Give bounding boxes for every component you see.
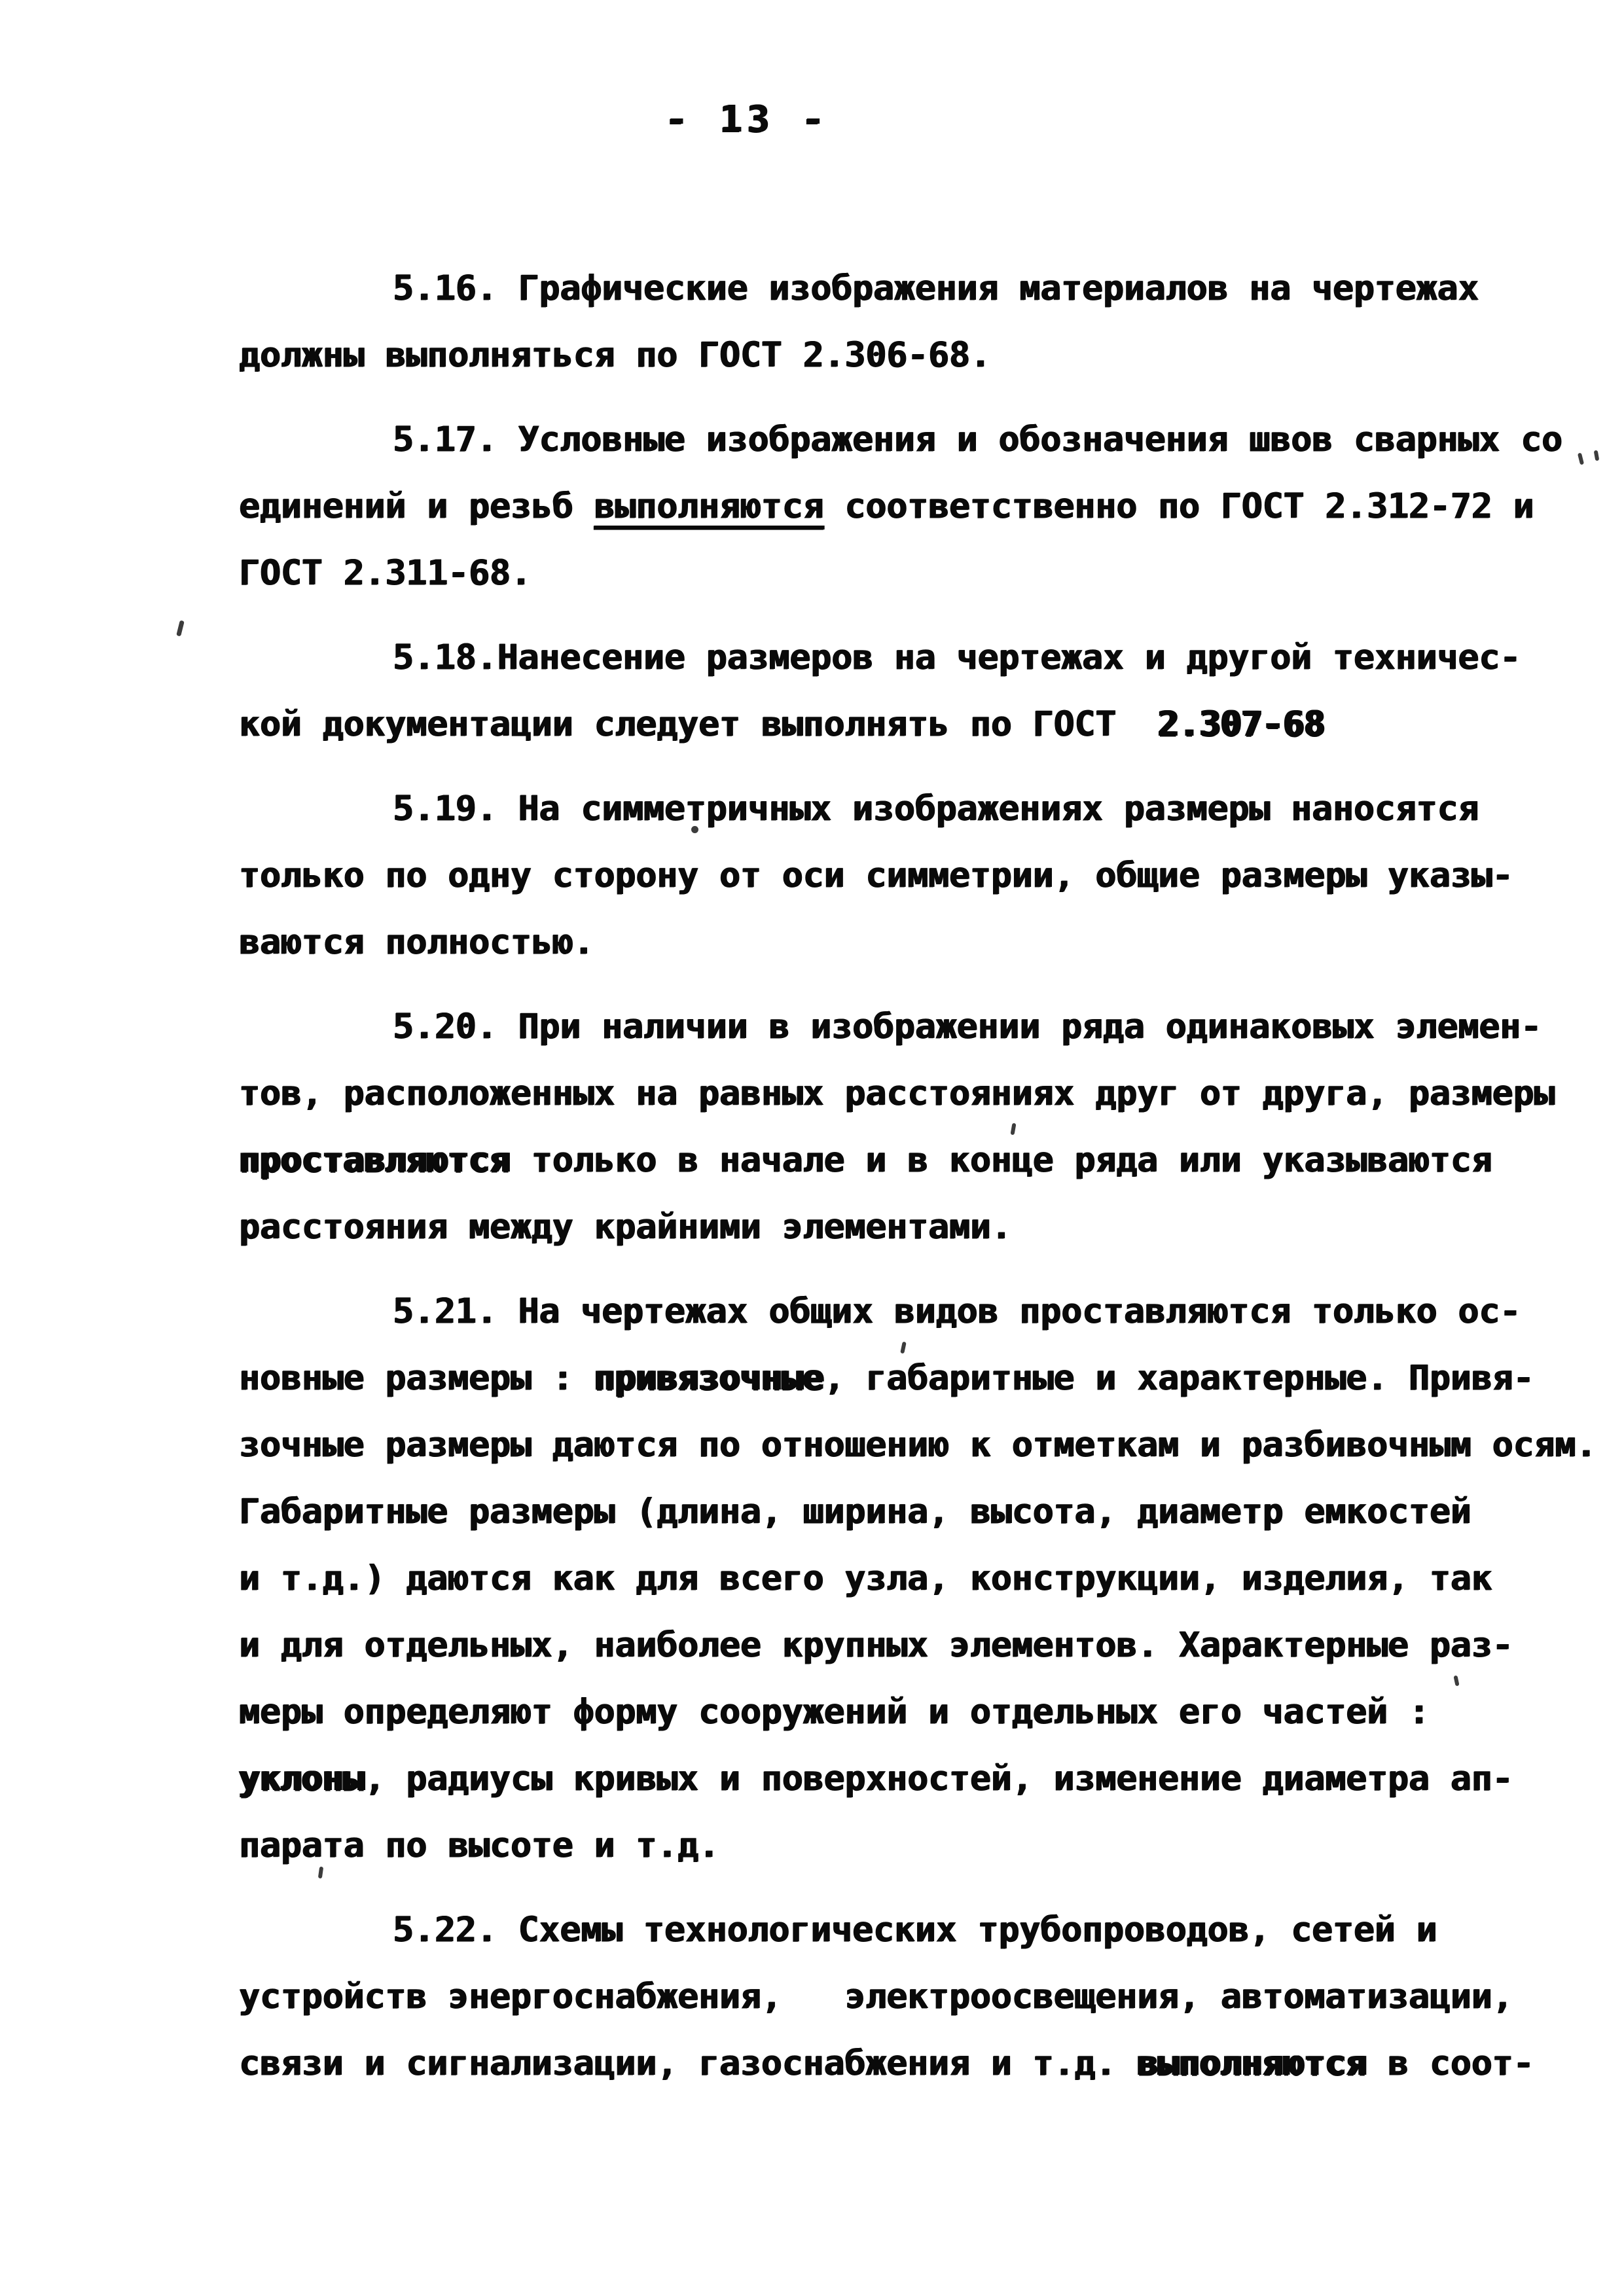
text-segment: , габаритные и характерные. Привя- bbox=[823, 1358, 1534, 1398]
text-segment: 5.21. На чертежах общих видов проставляю… bbox=[393, 1291, 1521, 1331]
text-segment: уклоны bbox=[239, 1759, 364, 1799]
text-segment: тов, расположенных на равных расстояниях… bbox=[239, 1073, 1555, 1113]
text-line: проставляются только в начале и в конце … bbox=[239, 1127, 1600, 1194]
text-segment: только по одну сторону от оси симметрии,… bbox=[239, 855, 1513, 895]
text-segment: и т.д.) даются как для всего узла, конст… bbox=[239, 1558, 1492, 1598]
text-segment: новные размеры : bbox=[239, 1358, 594, 1398]
scanned-page: - 13 - 5.16. Графические изображения мат… bbox=[0, 0, 1624, 2296]
paragraph-5.21: 5.21. На чертежах общих видов проставляю… bbox=[239, 1278, 1600, 1879]
paragraph-5.16: 5.16. Графические изображения материалов… bbox=[239, 255, 1600, 389]
paragraph-5.20: 5.20. При наличии в изображении ряда оди… bbox=[239, 994, 1600, 1261]
scan-artifact bbox=[176, 620, 185, 637]
paragraph-5.17: 5.17. Условные изображения и обозначения… bbox=[239, 406, 1600, 607]
text-segment: меры определяют форму сооружений и отдел… bbox=[239, 1692, 1430, 1732]
text-line: ваются полностью. bbox=[239, 909, 1600, 976]
text-segment: расстояния между крайними элементами. bbox=[239, 1207, 1012, 1247]
text-line: 5.19. На симметричных изображениях разме… bbox=[239, 776, 1600, 842]
text-segment: и для отдельных, наиболее крупных элемен… bbox=[239, 1625, 1513, 1665]
text-segment: 5.18.Нанесение размеров на чертежах и др… bbox=[393, 637, 1521, 677]
text-segment: 5.16. Графические изображения материалов… bbox=[393, 268, 1479, 308]
paragraph-5.18: 5.18.Нанесение размеров на чертежах и др… bbox=[239, 624, 1600, 758]
text-segment: ГОСТ 2.311-68. bbox=[239, 553, 532, 593]
text-segment: ваются полностью. bbox=[239, 922, 594, 962]
underlined-term: выполняются bbox=[594, 486, 823, 526]
text-line: уклоны, радиусы кривых и поверхностей, и… bbox=[239, 1746, 1600, 1812]
text-line: и для отдельных, наиболее крупных элемен… bbox=[239, 1612, 1600, 1679]
text-line: и т.д.) даются как для всего узла, конст… bbox=[239, 1545, 1600, 1612]
text-segment: выполняются bbox=[1137, 2043, 1367, 2083]
text-segment: кой документации следует выполнять по ГО… bbox=[239, 704, 1137, 744]
text-line: единений и резьб выполняются соответстве… bbox=[239, 473, 1600, 540]
text-segment: соответственно по ГОСТ 2.312-72 и bbox=[823, 486, 1534, 526]
paragraph-5.22: 5.22. Схемы технологических трубопроводо… bbox=[239, 1897, 1600, 2097]
text-line: ГОСТ 2.311-68. bbox=[239, 540, 1600, 607]
page-number: - 13 - bbox=[665, 98, 829, 141]
text-line: Габаритные размеры (длина, ширина, высот… bbox=[239, 1479, 1600, 1545]
text-line: новные размеры : привязочные, габаритные… bbox=[239, 1345, 1600, 1412]
text-segment: привязочные bbox=[594, 1358, 823, 1398]
text-segment: должны выполняться по ГОСТ 2.306-68. bbox=[239, 335, 991, 375]
text-line: тов, расположенных на равных расстояниях… bbox=[239, 1060, 1600, 1127]
text-segment: только в начале и в конце ряда или указы… bbox=[511, 1140, 1492, 1180]
document-body: 5.16. Графические изображения материалов… bbox=[239, 255, 1600, 2097]
text-line: парата по высоте и т.д. bbox=[239, 1812, 1600, 1879]
text-segment: 2.307-68 bbox=[1137, 704, 1325, 744]
text-segment: в соот- bbox=[1367, 2043, 1534, 2083]
text-line: 5.18.Нанесение размеров на чертежах и др… bbox=[239, 624, 1600, 691]
text-segment: 5.17. Условные изображения и обозначения… bbox=[393, 420, 1562, 459]
text-line: 5.22. Схемы технологических трубопроводо… bbox=[239, 1897, 1600, 1964]
text-segment: 5.20. При наличии в изображении ряда оди… bbox=[393, 1007, 1542, 1047]
text-line: 5.20. При наличии в изображении ряда оди… bbox=[239, 994, 1600, 1060]
text-line: связи и сигнализации, газоснабжения и т.… bbox=[239, 2030, 1600, 2097]
text-segment: связи и сигнализации, газоснабжения и т.… bbox=[239, 2043, 1137, 2083]
text-line: только по одну сторону от оси симметрии,… bbox=[239, 842, 1600, 909]
text-line: 5.21. На чертежах общих видов проставляю… bbox=[239, 1278, 1600, 1345]
text-line: зочные размеры даются по отношению к отм… bbox=[239, 1412, 1600, 1479]
text-segment: парата по высоте и т.д. bbox=[239, 1825, 719, 1865]
text-line: расстояния между крайними элементами. bbox=[239, 1194, 1600, 1261]
text-line: меры определяют форму сооружений и отдел… bbox=[239, 1679, 1600, 1746]
text-segment: 5.22. Схемы технологических трубопроводо… bbox=[393, 1910, 1437, 1950]
text-segment: 5.19. На симметричных изображениях разме… bbox=[393, 789, 1479, 829]
text-line: должны выполняться по ГОСТ 2.306-68. bbox=[239, 322, 1600, 389]
text-line: 5.17. Условные изображения и обозначения… bbox=[239, 406, 1600, 473]
text-segment: Габаритные размеры (длина, ширина, высот… bbox=[239, 1492, 1471, 1532]
text-segment: зочные размеры даются по отношению к отм… bbox=[239, 1425, 1597, 1465]
text-segment: проставляются bbox=[239, 1140, 511, 1180]
text-segment: , радиусы кривых и поверхностей, изменен… bbox=[364, 1759, 1513, 1799]
text-segment: единений и резьб bbox=[239, 486, 594, 526]
paragraph-5.19: 5.19. На симметричных изображениях разме… bbox=[239, 776, 1600, 976]
text-segment: устройств энергоснабжения, электроосвеще… bbox=[239, 1977, 1513, 2017]
text-line: устройств энергоснабжения, электроосвеще… bbox=[239, 1964, 1600, 2030]
scan-artifact bbox=[691, 826, 698, 833]
text-line: 5.16. Графические изображения материалов… bbox=[239, 255, 1600, 322]
text-line: кой документации следует выполнять по ГО… bbox=[239, 691, 1600, 758]
